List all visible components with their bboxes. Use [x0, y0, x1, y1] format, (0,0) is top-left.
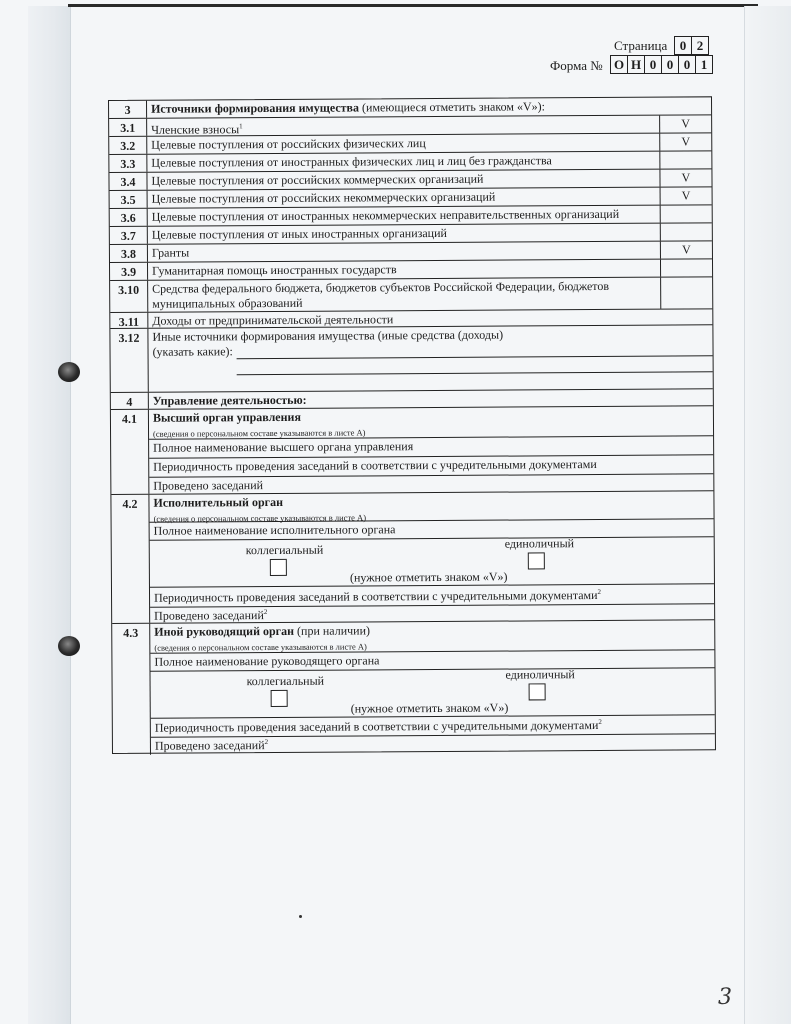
row-number: 3.10: [110, 281, 148, 312]
section-number: 4: [111, 393, 149, 409]
row-label: Целевые поступления от российских коммер…: [151, 172, 483, 189]
source-row-3-10: 3.10 Средства федерального бюджета, бюдж…: [110, 277, 712, 313]
form-label: Форма №: [550, 58, 603, 74]
row-mark-cell[interactable]: [660, 259, 712, 276]
row-number: 3.1: [109, 119, 147, 136]
row-number: 4.1: [111, 410, 150, 494]
row-mark-cell[interactable]: [660, 205, 712, 222]
form-code-char: 0: [662, 56, 679, 73]
page-digit: 2: [692, 37, 708, 54]
scan-speck: [299, 915, 302, 918]
page-digit: 0: [675, 37, 692, 54]
sole-label: единоличный: [505, 667, 574, 682]
row-label: Иные источники формирования имущества (и…: [152, 328, 503, 360]
mark-hint: (нужное отметить знаком «V»): [350, 570, 508, 586]
row-number: 3.4: [109, 173, 147, 190]
sole-label: единоличный: [505, 536, 574, 551]
row-label: Целевые поступления от российских физиче…: [151, 136, 426, 153]
row-mark-cell[interactable]: [660, 223, 712, 240]
page-right-edge: [744, 6, 791, 1024]
form-code-char: 1: [696, 56, 712, 73]
row-number: 3.6: [110, 209, 148, 226]
row-mark-cell[interactable]: V: [659, 115, 711, 132]
row-label: Гуманитарная помощь иностранных государс…: [152, 262, 397, 278]
page-number-cells: 0 2: [674, 36, 709, 55]
page-top-edge: [68, 4, 758, 7]
row-mark-cell[interactable]: V: [659, 133, 711, 150]
sources-and-management-form: 3 Источники формирования имущества (имею…: [108, 96, 716, 754]
form-code-char: О: [611, 56, 628, 73]
mark-hint: (нужное отметить знаком «V»): [351, 701, 509, 717]
row-number: 3.2: [109, 137, 147, 154]
row-label: Целевые поступления от иностранных неком…: [152, 207, 619, 225]
other-body-type-choice: коллегиальный единоличный (нужное отмети…: [150, 667, 714, 717]
collegial-label: коллегиальный: [246, 543, 324, 558]
row-number: 3.5: [110, 191, 148, 208]
punch-hole: [58, 636, 80, 656]
row-mark-cell[interactable]: V: [659, 169, 711, 186]
row-label: Целевые поступления от российских некомм…: [152, 190, 496, 207]
row-label: Гранты: [152, 246, 189, 261]
page-label: Страница: [614, 38, 667, 54]
row-label: Целевые поступления от иных иностранных …: [152, 226, 447, 243]
collegial-checkbox[interactable]: [270, 559, 287, 576]
row-mark-cell[interactable]: [659, 151, 711, 168]
row-mark-cell[interactable]: V: [660, 187, 712, 204]
row-number: 3.12: [110, 329, 148, 392]
row-number: 4.2: [111, 495, 150, 623]
form-code-char: 0: [679, 56, 696, 73]
form-code-char: Н: [628, 56, 645, 73]
row-number: 3.8: [110, 245, 148, 262]
form-code-cells: О Н 0 0 0 1: [610, 55, 713, 74]
collegial-label: коллегиальный: [247, 674, 325, 689]
sole-checkbox[interactable]: [528, 552, 545, 569]
handwritten-page-number: 3: [718, 985, 732, 1010]
row-number: 4.3: [112, 624, 151, 755]
row-mark-cell[interactable]: [660, 277, 712, 308]
page-binding-strip: [28, 6, 71, 1024]
source-row-3-12: 3.12 Иные источники формирования имущест…: [110, 325, 712, 393]
section-title: Источники формирования имущества (имеющи…: [151, 99, 545, 116]
row-label: Средства федерального бюджета, бюджетов …: [152, 279, 609, 312]
row-number: 3.11: [110, 313, 148, 328]
row-number: 3.7: [110, 227, 148, 244]
row-mark-cell[interactable]: V: [660, 241, 712, 258]
supreme-body-block: 4.1 Высший орган управления(сведения о п…: [111, 406, 714, 495]
executive-type-choice: коллегиальный единоличный (нужное отмети…: [150, 536, 714, 586]
row-label: Доходы от предпринимательской деятельнос…: [152, 312, 393, 328]
other-sources-input-line-2[interactable]: [237, 371, 713, 375]
form-code-char: 0: [645, 56, 662, 73]
collegial-checkbox[interactable]: [271, 690, 288, 707]
row-label: Целевые поступления от иностранных физич…: [151, 153, 552, 170]
section-number: 3: [109, 101, 147, 118]
other-body-meetings-field[interactable]: Проведено заседаний2: [151, 733, 715, 754]
other-governing-body-block: 4.3 Иной руководящий орган (при наличии)…: [112, 620, 715, 755]
sole-checkbox[interactable]: [529, 683, 546, 700]
executive-body-block: 4.2 Исполнительный орган(сведения о перс…: [111, 491, 714, 624]
row-label: Членские взносы1: [151, 119, 243, 138]
punch-hole: [58, 362, 80, 382]
row-number: 3.3: [109, 155, 147, 172]
row-number: 3.9: [110, 263, 148, 280]
section-title: Управление деятельностью:: [153, 393, 307, 409]
